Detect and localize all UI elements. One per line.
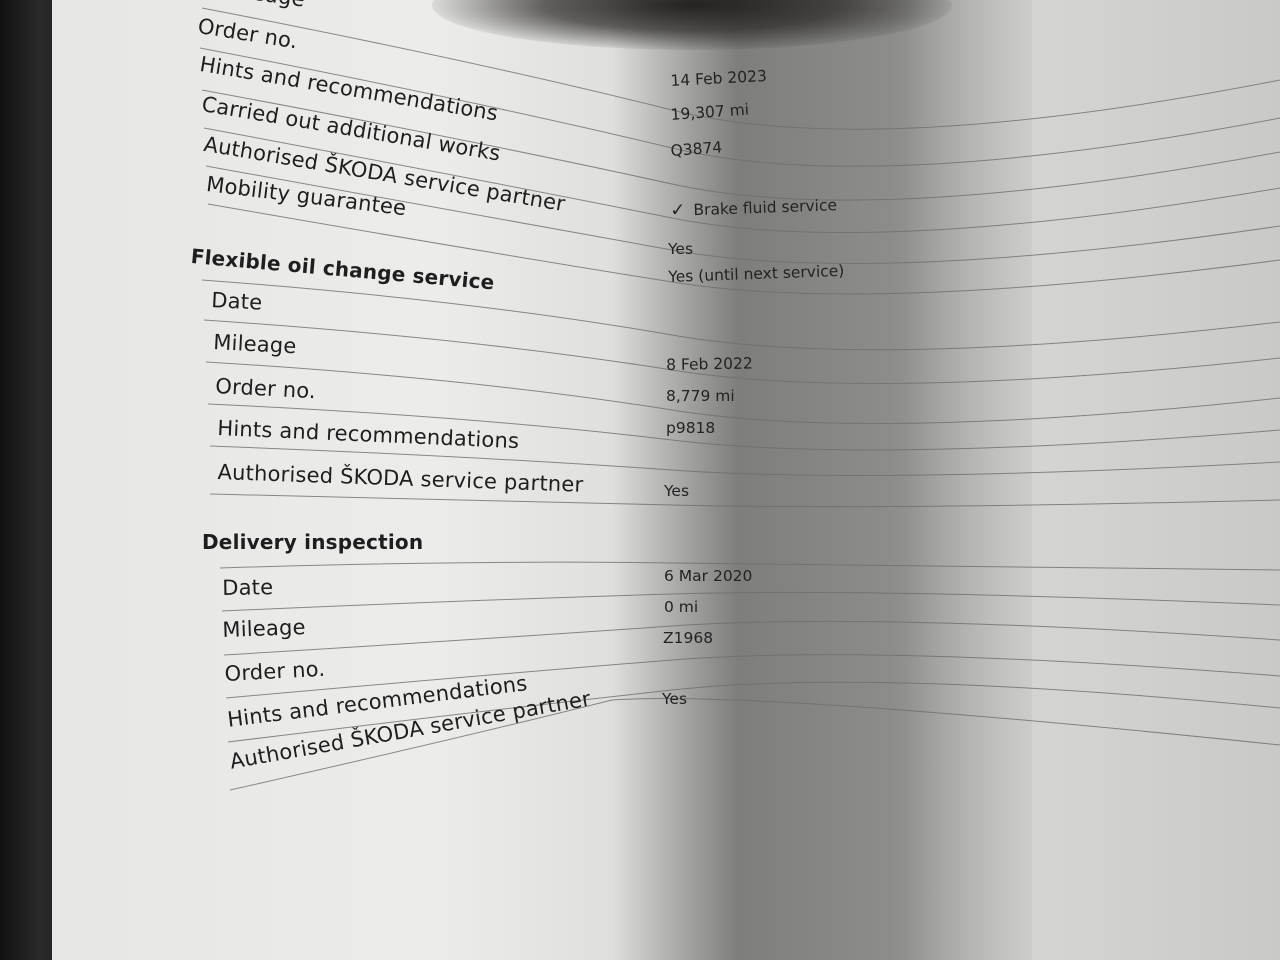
previous-service-date-value: 14 Feb 2023 [670,67,767,90]
partial-mileage-label: Mileage [221,0,307,12]
delivery-date-value: 6 Mar 2020 [664,567,752,585]
oil-change-mileage-value: 8,779 mi [666,387,735,405]
service-record-content: Mileage Order no. Hints and recommendati… [52,0,1280,960]
oil-change-order-no-label: Order no. [215,374,317,403]
oil-change-date-label: Date [211,288,263,315]
previous-service-mileage-value: 19,307 mi [670,101,750,124]
flexible-oil-change-heading: Flexible oil change service [190,244,496,294]
delivery-mileage-label: Mileage [222,615,306,642]
oil-change-authorised-partner-value: Yes [664,482,689,500]
additional-works-item: ✓Brake fluid service [670,194,837,221]
photo-scene: Mileage Order no. Hints and recommendati… [0,0,1280,960]
service-record-page: Mileage Order no. Hints and recommendati… [52,0,1280,960]
delivery-mileage-value: 0 mi [664,598,698,616]
delivery-date-label: Date [222,575,273,600]
oil-change-order-no-value: p9818 [666,419,715,437]
previous-service-order-no-value: Q3874 [670,138,723,160]
oil-change-hints-label: Hints and recommendations [217,416,520,453]
brake-fluid-service-text: Brake fluid service [693,196,837,219]
oil-change-date-value: 8 Feb 2022 [666,354,753,374]
delivery-authorised-partner-value: Yes [662,690,687,708]
delivery-order-no-label: Order no. [224,657,326,686]
checkmark-icon: ✓ [670,199,686,221]
mobility-guarantee-value: Yes (until next service) [668,262,845,286]
oil-change-mileage-label: Mileage [213,330,297,358]
order-no-label: Order no. [196,14,299,53]
delivery-inspection-heading: Delivery inspection [202,530,423,554]
previous-service-authorised-partner-value: Yes [668,240,693,258]
delivery-order-no-value: Z1968 [663,629,713,647]
oil-change-authorised-partner-label: Authorised ŠKODA service partner [217,460,584,497]
